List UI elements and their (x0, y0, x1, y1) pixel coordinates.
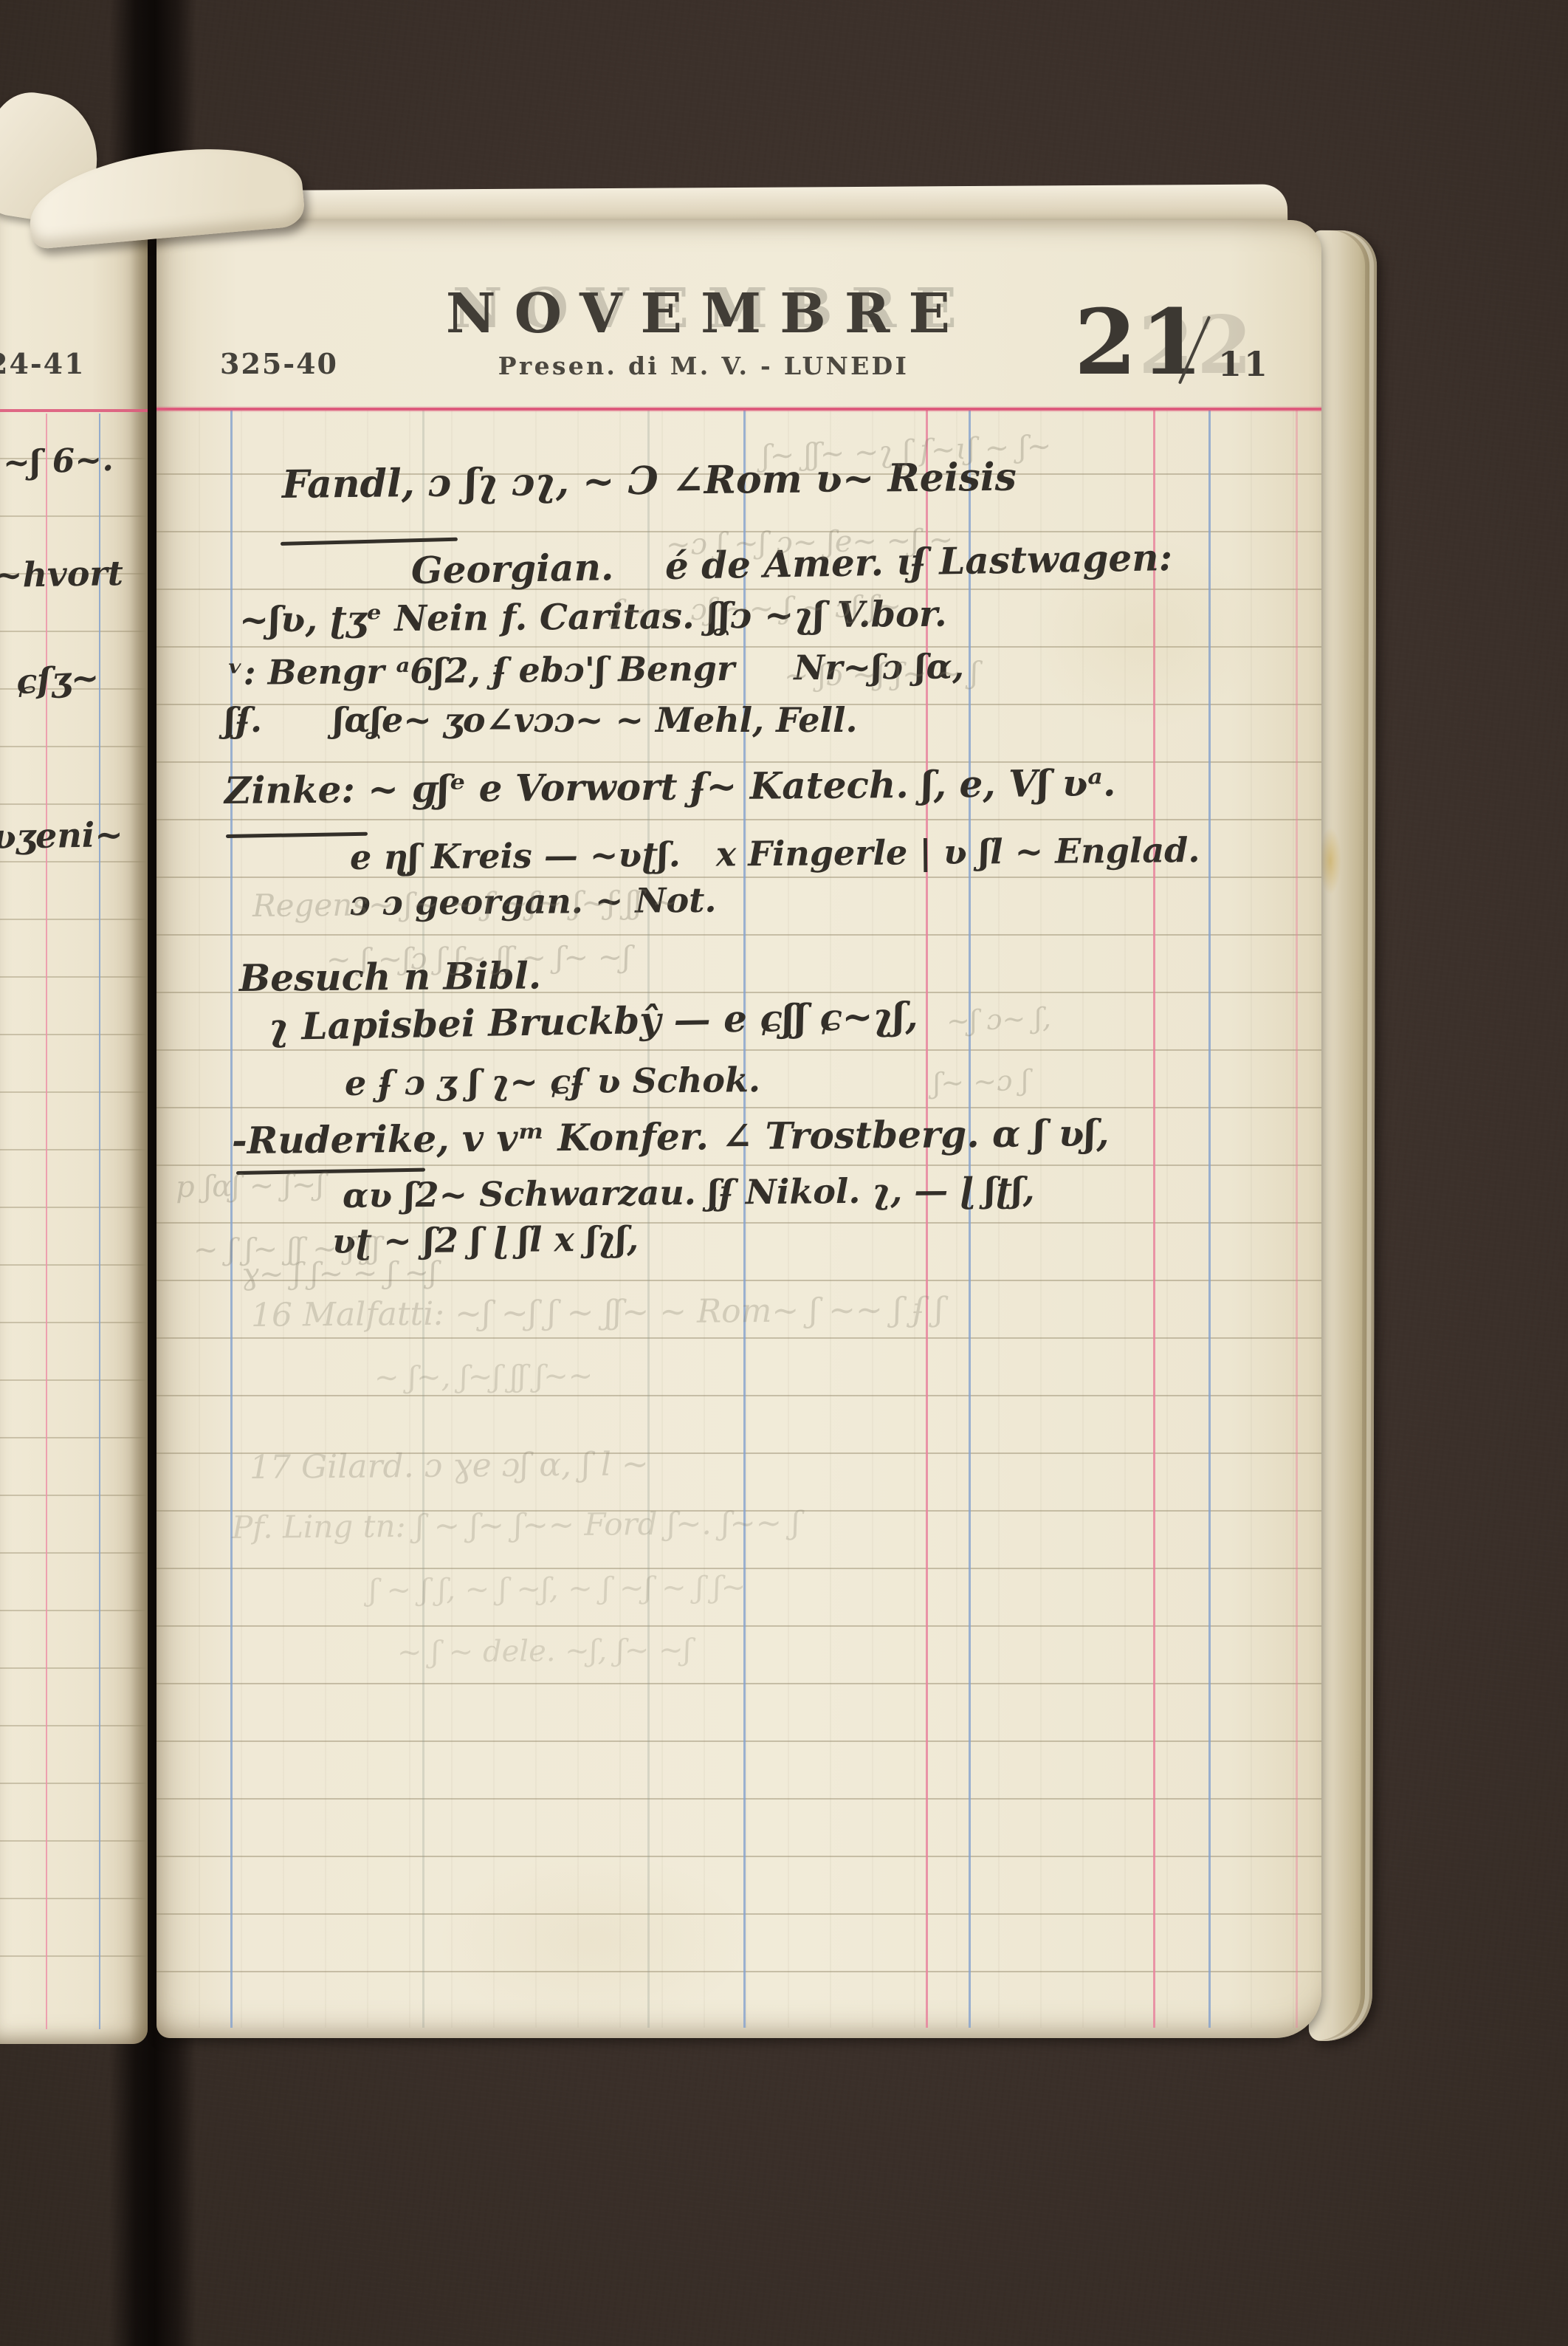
left-handwriting-fragment: ʋʒeni~ (0, 817, 123, 854)
handwriting-line: e ɳʃ Kreis — ~ʋʈʃ. x Fingerle | ʋ ʃl ~ E… (350, 833, 1200, 874)
ghost-line: ~ ʃɔ ~ʃ ʃ~ ~ ʃ (784, 658, 979, 691)
ghost-line: ~ɔ ʃ ~ʃ ɔ~ ʃe~ ~ʃ ~ (666, 525, 954, 560)
ghost-line: ~ʃ ɔ~ ʃ, (946, 1004, 1051, 1035)
left-page-number: 24-41 (0, 347, 86, 380)
handwriting-line: ɑʋ ʃ2~ Schwarzau. ʃʄ Nikol. ʅ, — ɭ ʃʈʃ, (343, 1173, 1035, 1213)
ghost-line: ʃ ~ ʃ ʃ, ~ ʃ ~ʃ, ~ ʃ ~ʃ ~ ʃ ʃ~ (369, 1573, 746, 1605)
handwriting-line: ʃʄ. ʃɑʆe~ ʒo∠vɔɔ~ ~ Mehl, Fell. (224, 703, 858, 737)
handwriting-line: e ʄ ɔ ʒ ʃ ʅ~ ɕʄ ʋ Schok. (345, 1063, 760, 1100)
handwriting-line-ruderike: -Ruderike, v vᵐ Konfer. ∠ Trostberg. ɑ ʃ… (232, 1115, 1110, 1159)
ghost-line-malfatti: 16 Malfatti: ~ʃ ~ʃ ʃ ~ ʃʃ~ ~ Rom~ ʃ ~~ ʃ… (251, 1294, 943, 1332)
left-handwriting-fragment: ~hvort (0, 556, 123, 592)
month-number: 11 (1218, 344, 1270, 384)
scanned-diary-photo: 24-41 ~ʃ 6~. ~hvort ɕſʒ~ ʋʒeni~ NOVEMBRE… (0, 0, 1568, 2346)
ghost-line: Pf. Ling tn: ʃ ~ ʃ~ ʃ~~ Ford ʃ~. ʃ~~ ʃ (232, 1507, 800, 1543)
ghost-line: ʃ~ ~ ɔʃ ~~ ʃ ~ ɔʃ ʃ~ (614, 591, 902, 626)
left-handwriting-fragment: ɕſʒ~ (16, 660, 100, 699)
ghost-line: ~ ʃ~, ʃ~ʃ ʃʃ ʃ~~ (374, 1361, 594, 1393)
ghost-line: p ʃɑʃ ~ ʃ~ʃ (176, 1170, 325, 1202)
column-line-blue (969, 411, 971, 2028)
left-header-rule-pink (0, 409, 148, 412)
day-number: 21 (1074, 297, 1207, 387)
ghost-line-gilard: 17 Gilard. ɔ ɣe ɔʃ ɑ, ʃ l ~ (250, 1448, 649, 1484)
left-margin-line-blue (99, 414, 100, 2029)
left-page-sliver: 24-41 ~ʃ 6~. ~hvort ɕſʒ~ ʋʒeni~ (0, 198, 148, 2044)
edge-stain (1319, 827, 1341, 895)
ghost-line: ʃ~ ~ɔ ʃ (932, 1066, 1029, 1097)
header-rule-pink (157, 408, 1321, 411)
left-handwriting-fragment: ~ʃ 6~. (2, 444, 114, 480)
handwriting-line-lapisbei: ʅ Lapisbei Bruckbŷ — e ɕʃʃ ɕ~ʅʃ, (269, 998, 918, 1046)
left-margin-line-pink (46, 414, 47, 2029)
handwriting-line-zinke: Zinke: ~ ɡʃᵉ e Vorwort ʄ~ Katech. ʃ, e, … (224, 764, 1116, 809)
ghost-line: ~ ʃ ~ʃɔ ʃ ʃ~ ʃʃ ~ ʃ~ ~ʃ (326, 942, 630, 975)
ghost-line: ~ ʃ ~ dele. ~ʃ, ʃ~ ~ʃ (397, 1636, 692, 1667)
column-line-pink-faint (1296, 411, 1298, 2028)
paper-blotch (437, 1852, 747, 2029)
ghost-line: ɣ~ ʃ ʃ~ ~ ʃ ~ʃ (241, 1258, 437, 1289)
ghost-line: Regens~ ʃ~ ~ ʃ ~ʃ~ ʃ~ʃ ʃʃ ~ (252, 887, 678, 922)
diary-page: NOVEMBRE 325-40 Presen. di M. V. - LUNED… (157, 220, 1321, 2038)
